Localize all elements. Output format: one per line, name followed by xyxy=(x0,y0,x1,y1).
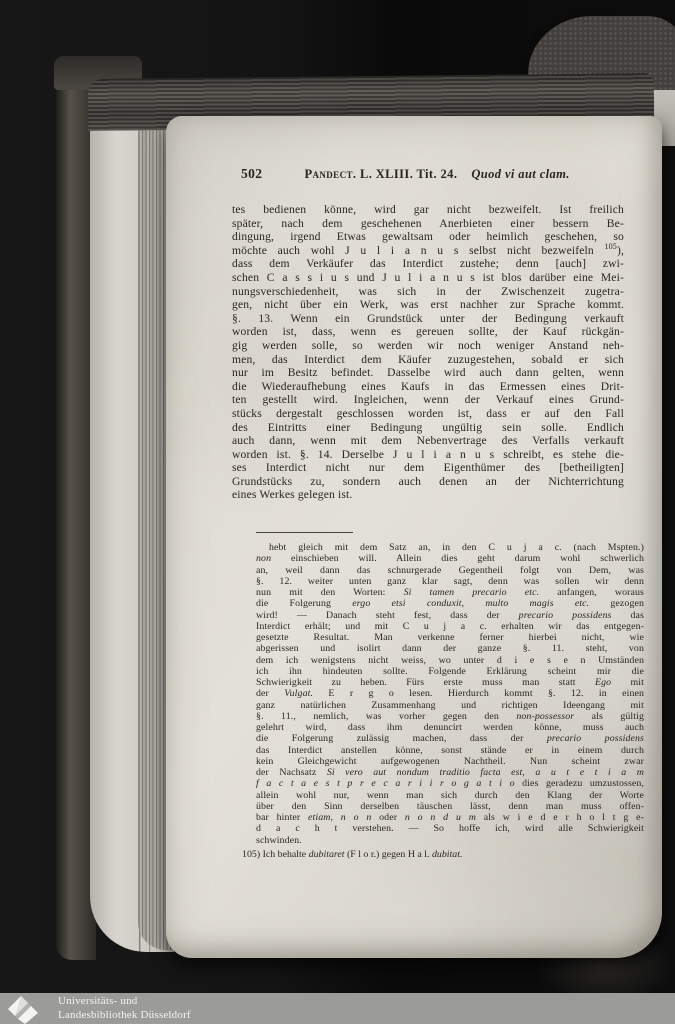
text-line: dingung, irgend Etwas gewaltsam oder hei… xyxy=(232,230,624,244)
text-line: dem ich wenigstens nicht weiss, wo unter… xyxy=(256,655,644,666)
text-line: ganz natürlichen Zusammenhang und richti… xyxy=(256,700,644,711)
book-photo-scene: 502 Pandect. L. XLIII. Tit. 24. Quod vi … xyxy=(0,0,675,1024)
text-line: nur im Besitz befindet. Dasselbe wird au… xyxy=(232,366,624,380)
text-line: worden ist, dass, wenn es gereuen sollte… xyxy=(232,325,624,339)
text-line: kein Gleichgewicht aufgewogenen Nachthei… xyxy=(256,756,644,767)
text-line: möchte auch wohl J u l i a n u s selbst … xyxy=(232,244,624,258)
text-line: schen C a s s i u s und J u l i a n u s … xyxy=(232,271,624,285)
text-line: Interdict erhält; und mit C u j a c. erh… xyxy=(256,621,644,632)
library-name-line2: Landesbibliothek Düsseldorf xyxy=(58,1009,191,1023)
text-line: gelehrt wird, dass ihm denuncirt werden … xyxy=(256,722,644,733)
text-line: hebt gleich mit dem Satz an, in den C u … xyxy=(256,542,644,553)
text-line: bar hinter etiam, n o n oder n o n d u m… xyxy=(256,812,644,823)
text-line: f a c t a e s t p r e c a r i i r o g a … xyxy=(256,778,644,789)
text-line: Grundstücks zu, sondern auch denen an de… xyxy=(232,475,624,489)
text-line: ich ihn hindeuten sollte. Folgende Erklä… xyxy=(256,666,644,677)
page-header: 502 Pandect. L. XLIII. Tit. 24. Quod vi … xyxy=(232,166,624,182)
library-name-line1: Universitäts- und xyxy=(58,995,191,1009)
text-line: die Folgerung ergo etsi conduxit, multo … xyxy=(256,598,644,609)
text-line: wird! — Danach steht fest, dass der prec… xyxy=(256,610,644,621)
text-line: stücks dergestalt geschlossen worden ist… xyxy=(232,407,624,421)
text-line: §. 11., nemlich, was vorher gegen den no… xyxy=(256,711,644,722)
text-line: §. 13. Wenn ein Grundstück unter der Bed… xyxy=(232,312,624,326)
text-line: der Nachsatz Si vero aut nondum traditio… xyxy=(256,767,644,778)
text-line: dass dem Verkäufer das Interdict zustehe… xyxy=(232,257,624,271)
text-line: nun mit den Worten: Si tamen precario et… xyxy=(256,587,644,598)
book-page: 502 Pandect. L. XLIII. Tit. 24. Quod vi … xyxy=(166,116,662,958)
text-line: auch dann, wenn mit dem Nebenvertrage de… xyxy=(232,434,624,448)
text-line: des Eintritts einer Bedingung ungültig s… xyxy=(232,421,624,435)
text-line: später, nach dem geschehenen Anerbieten … xyxy=(232,217,624,231)
text-line: ses Interdict nicht nur dem Eigenthümer … xyxy=(232,461,624,475)
text-line: nungsverschiedenheit, was sich in der Zw… xyxy=(232,285,624,299)
main-text-block: tes bedienen könne, wird gar nicht bezwe… xyxy=(232,203,624,502)
page-content: 502 Pandect. L. XLIII. Tit. 24. Quod vi … xyxy=(232,166,624,860)
text-line: non einschieben will. Allein dies geht d… xyxy=(256,553,644,564)
text-line: gen, nicht über ein Werk, was erst nachh… xyxy=(232,298,624,312)
commentary-block: hebt gleich mit dem Satz an, in den C u … xyxy=(256,542,644,846)
text-line: §. 12. weiter unten ganz klar sagt, denn… xyxy=(256,576,644,587)
text-line: an, weil dann das schnurgerade Gegenthei… xyxy=(256,565,644,576)
running-subtitle: Quod vi aut clam. xyxy=(471,167,569,182)
text-line: die Wiederaufhebung eines Kaufs in das E… xyxy=(232,380,624,394)
page-number: 502 xyxy=(241,166,262,182)
text-line: das Interdict anstellen könne, sonst stä… xyxy=(256,745,644,756)
open-book-logo-icon xyxy=(5,994,51,1024)
footnote-separator xyxy=(256,532,353,533)
text-line: gesetzte Resultat. Man verkenne ferner h… xyxy=(256,632,644,643)
text-line: die Folgerung zulässig machen, dass der … xyxy=(256,733,644,744)
text-line: allein wohl nur, wenn man sich durch den… xyxy=(256,790,644,801)
running-title-ref: L. XLIII. Tit. 24. xyxy=(360,167,457,181)
running-title-work: Pandect. xyxy=(304,167,356,181)
text-line: tes bedienen könne, wird gar nicht bezwe… xyxy=(232,203,624,217)
text-line: eines Werkes gelegen ist. xyxy=(232,488,624,502)
footnote: 105) Ich behalte dubitaret (F l o r.) ge… xyxy=(242,849,624,860)
text-line: d a c h t verstehen. — So hoffe ich, wir… xyxy=(256,823,644,834)
text-line: Schwierigkeit zu heben. Fürs erste muss … xyxy=(256,677,644,688)
library-name: Universitäts- und Landesbibliothek Düsse… xyxy=(58,995,191,1022)
text-line: über den Sinn derselben täuschen lässt, … xyxy=(256,801,644,812)
text-line: schwinden. xyxy=(256,835,644,846)
text-line: abgerissen und isolirt dann der ganze §.… xyxy=(256,643,644,654)
text-line: gig werden solle, so werden wir noch wen… xyxy=(232,339,624,353)
text-line: men, das Interdict dem Käufer zuzugesteh… xyxy=(232,353,624,367)
library-watermark-banner: Universitäts- und Landesbibliothek Düsse… xyxy=(0,993,675,1024)
text-line: der Vulgat. E r g o lesen. Hierdurch kom… xyxy=(256,688,644,699)
text-line: ten gestellt wird. Ingleichen, wenn der … xyxy=(232,393,624,407)
running-title: Pandect. L. XLIII. Tit. 24. xyxy=(304,167,457,182)
text-line: worden ist. §. 14. Derselbe J u l i a n … xyxy=(232,448,624,462)
